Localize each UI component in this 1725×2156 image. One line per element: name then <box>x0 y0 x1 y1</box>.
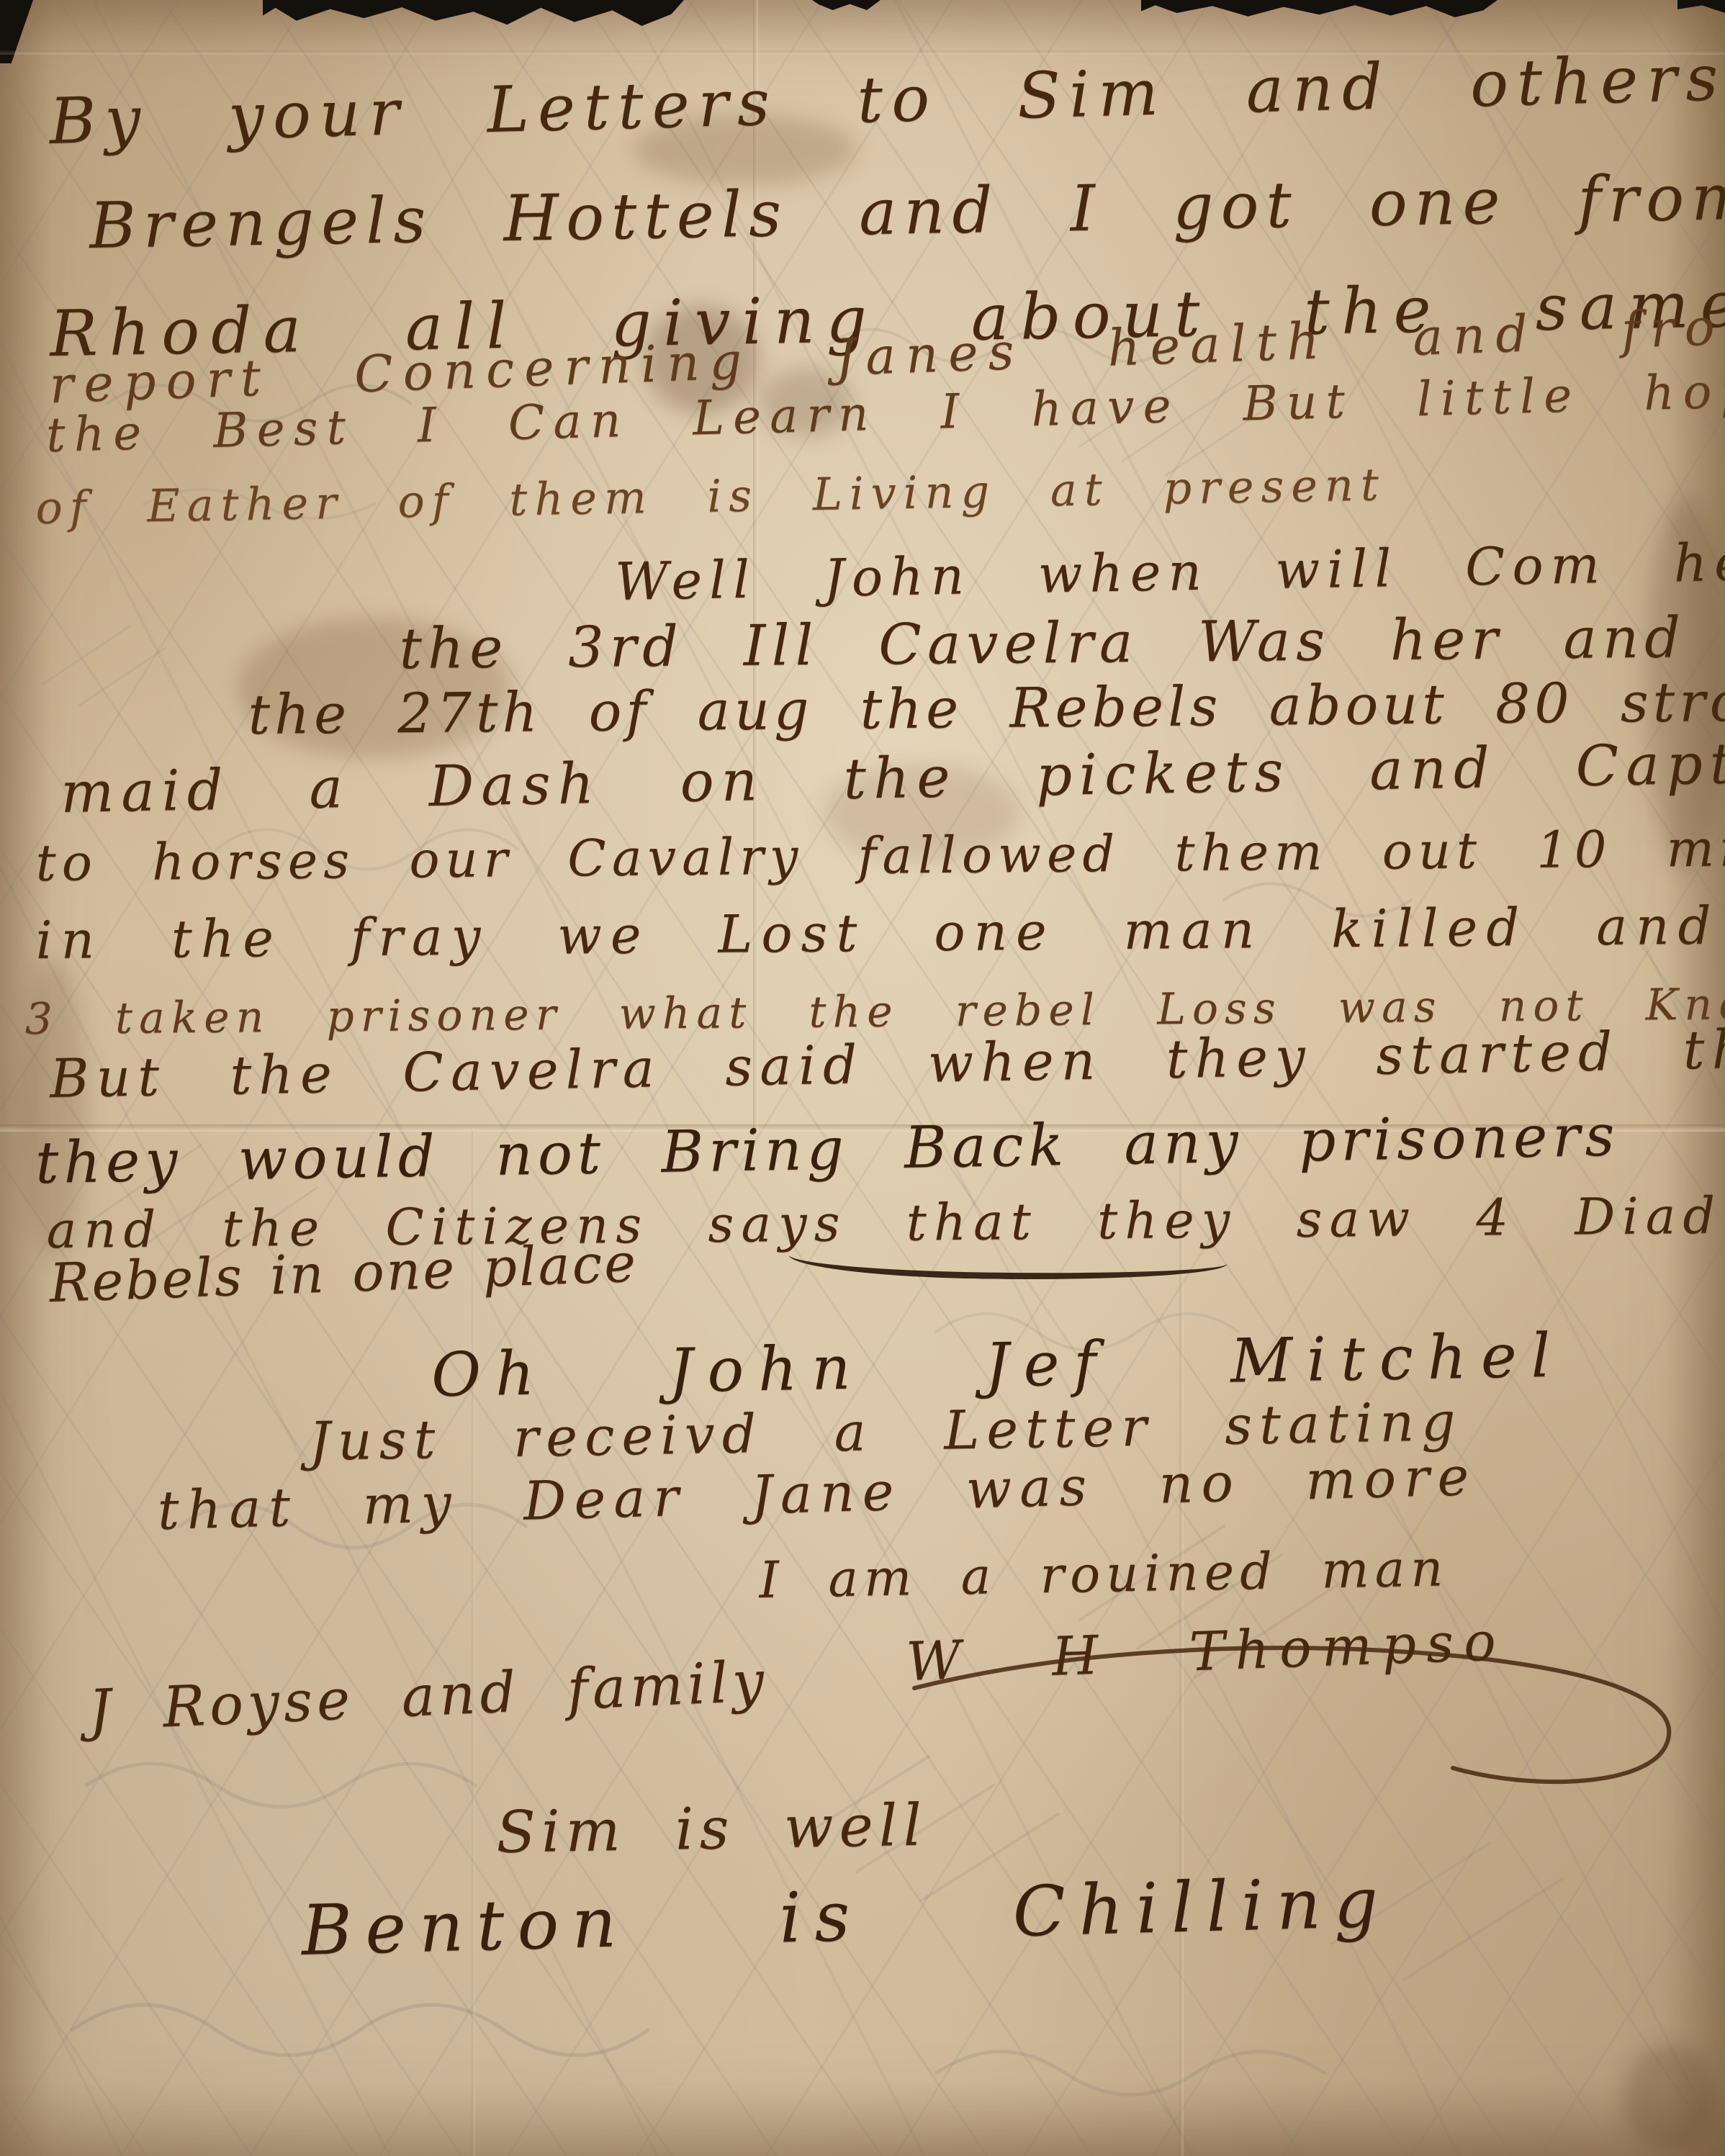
letter-line: J Royse and family <box>88 1654 770 1739</box>
letter-line: maid a Dash on the pickets and Capture <box>60 734 1725 821</box>
letter-line: Well John when will Com her <box>615 536 1725 608</box>
letter-line: Sim is well <box>496 1797 928 1862</box>
signature-line: W H Thompso <box>905 1615 1506 1689</box>
letter-line: Brengels Hottels and I got one from <box>89 166 1725 258</box>
torn-edge <box>812 0 880 10</box>
letter-line: By your Letters to Sim and others <box>49 46 1725 153</box>
torn-edge <box>1141 0 1497 17</box>
letter-line: in the fray we Lost one man killed and <box>35 900 1720 966</box>
letter-line: they would not Bring Back any prisoners <box>35 1107 1621 1192</box>
letter-line: of Eather of them is Living at present <box>35 462 1386 531</box>
torn-edge <box>1677 0 1725 13</box>
letter-line: Benton is Chilling <box>300 1867 1392 1965</box>
letter-page: By your Letters to Sim and others Brenge… <box>0 0 1725 2156</box>
letter-line: the 27th of aug the Rebels about 80 stro… <box>248 674 1725 742</box>
torn-edge <box>0 0 33 63</box>
torn-edge <box>263 0 684 26</box>
letter-line: I am a rouined man <box>759 1543 1449 1605</box>
letter-line: the 3rd Ill Cavelra Was her and on <box>399 609 1725 677</box>
emphasis-underline <box>788 1248 1228 1283</box>
letter-line: to horses our Cavalry fallowed them out … <box>35 822 1725 888</box>
paper-stain <box>1623 2044 1717 2152</box>
